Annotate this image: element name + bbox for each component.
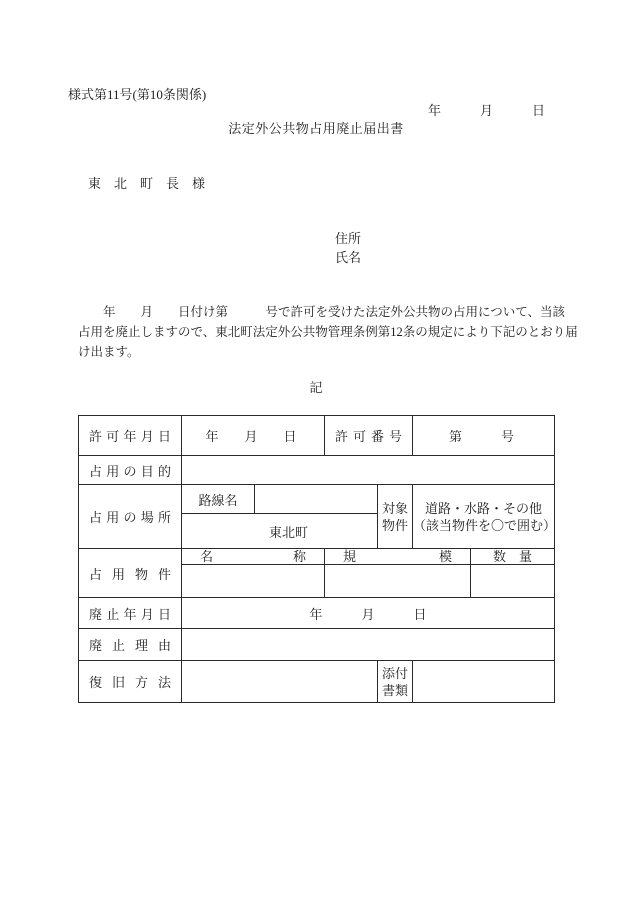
- target-object-options-line1: 道路・水路・その他: [413, 500, 554, 517]
- section-marker: 記: [78, 377, 554, 396]
- target-object-options-line2: （該当物件を〇で囲む）: [413, 517, 554, 534]
- permit-number-label-cell: 許可番号: [325, 416, 413, 456]
- permit-date-value-cell: 年 月 日: [182, 416, 325, 456]
- body-line: け出ます。: [78, 342, 578, 362]
- purpose-input-cell: [182, 456, 555, 485]
- attachment-input-cell: [413, 661, 555, 703]
- attachment-label-line2: 書類: [378, 682, 412, 699]
- objects-scale-header-cell: 規模: [325, 549, 471, 565]
- permit-date-label-cell: 許可年月日: [79, 416, 182, 456]
- objects-name-header-cell: 名称: [182, 549, 325, 565]
- objects-qty-header-cell: 数 量: [471, 549, 555, 565]
- sender-address-label: 住所: [335, 229, 361, 248]
- objects-scale-input-cell: [325, 565, 471, 598]
- body-paragraph: 年 月 日付け第 号で許可を受けた法定外公共物の占用について、当該 占用を廃止し…: [78, 302, 578, 362]
- body-line: 年 月 日付け第 号で許可を受けた法定外公共物の占用について、当該: [78, 302, 578, 322]
- body-line: 占用を廃止しますので、東北町法定外公共物管理条例第12条の規定により下記のとおり…: [78, 322, 578, 342]
- sender-block: 住所 氏名: [335, 229, 361, 267]
- objects-label-cell: 占用物件: [79, 549, 182, 598]
- sender-name-label: 氏名: [335, 248, 361, 267]
- attachment-label-line1: 添付: [378, 665, 412, 682]
- abolition-date-label-cell: 廃止年月日: [79, 598, 182, 629]
- location-town-cell: 東北町: [182, 514, 378, 549]
- purpose-label-cell: 占用の目的: [79, 456, 182, 485]
- restoration-input-cell: [182, 661, 378, 703]
- abolition-date-value-cell: 年 月 日: [182, 598, 555, 629]
- target-object-options-cell: 道路・水路・その他 （該当物件を〇で囲む）: [413, 485, 555, 549]
- target-object-label-cell: 対象 物件: [378, 485, 413, 549]
- document-title: 法定外公共物占用廃止届出書: [78, 118, 554, 137]
- date-line: 年 月 日: [78, 100, 545, 119]
- target-object-label-line1: 対象: [378, 500, 412, 517]
- target-object-label-line2: 物件: [378, 517, 412, 534]
- location-label-cell: 占用の場所: [79, 485, 182, 549]
- objects-qty-input-cell: [471, 565, 555, 598]
- restoration-label-cell: 復旧方法: [79, 661, 182, 703]
- route-name-label-cell: 路線名: [182, 485, 255, 514]
- addressee-line: 東 北 町 長 様: [88, 173, 205, 192]
- route-name-input-cell: [255, 485, 378, 514]
- abolition-reason-label-cell: 廃止理由: [79, 629, 182, 661]
- attachment-label-cell: 添付 書類: [378, 661, 413, 703]
- document-page: 様式第11号(第10条関係) 年 月 日 法定外公共物占用廃止届出書 東 北 町…: [0, 0, 630, 903]
- abolition-reason-input-cell: [182, 629, 555, 661]
- permit-table: 許可年月日 年 月 日 許可番号 第 号 占用の目的 占用の場所 路線名 対象 …: [78, 415, 555, 703]
- objects-name-input-cell: [182, 565, 325, 598]
- permit-number-value-cell: 第 号: [413, 416, 555, 456]
